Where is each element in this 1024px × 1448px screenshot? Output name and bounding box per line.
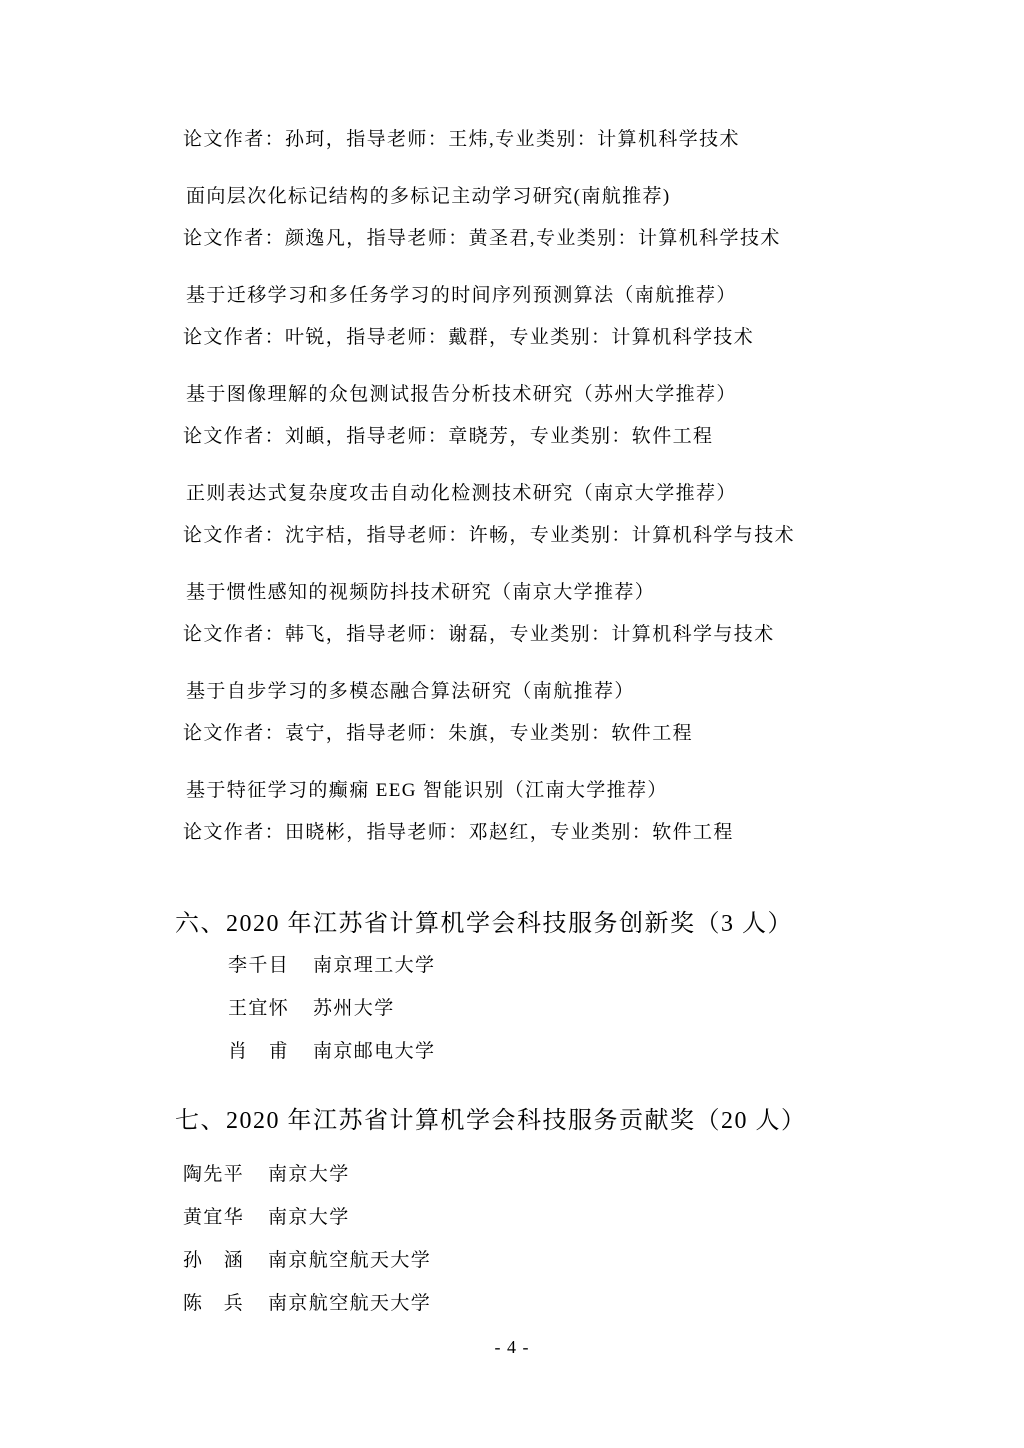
document-content: 论文作者：孙珂，指导老师：王炜,专业类别：计算机科学技术 面向层次化标记结构的多… — [183, 0, 903, 1313]
author-line: 论文作者：袁宁，指导老师：朱旗，专业类别：软件工程 — [183, 724, 903, 743]
page-number: - 4 - — [0, 1338, 1024, 1356]
member-row: 肖 甫南京邮电大学 — [228, 1042, 903, 1061]
member-list: 李千目南京理工大学 王宜怀苏州大学 肖 甫南京邮电大学 — [183, 956, 903, 1061]
thesis-title: 基于图像理解的众包测试报告分析技术研究（苏州大学推荐） — [183, 385, 903, 404]
member-affiliation: 南京航空航天大学 — [268, 1293, 431, 1314]
member-affiliation: 南京邮电大学 — [313, 1041, 435, 1062]
author-line: 论文作者：刘頔，指导老师：章晓芳，专业类别：软件工程 — [183, 427, 903, 446]
member-affiliation: 苏州大学 — [313, 998, 395, 1019]
member-row: 孙 涵南京航空航天大学 — [183, 1251, 903, 1270]
member-name: 肖 甫 — [228, 1042, 313, 1061]
member-row: 陈 兵南京航空航天大学 — [183, 1294, 903, 1313]
author-line: 论文作者：叶锐，指导老师：戴群，专业类别：计算机科学技术 — [183, 328, 903, 347]
thesis-entry: 基于自步学习的多模态融合算法研究（南航推荐） 论文作者：袁宁，指导老师：朱旗，专… — [183, 682, 903, 743]
thesis-title: 基于特征学习的癫痫 EEG 智能识别（江南大学推荐） — [183, 781, 903, 800]
member-name: 陈 兵 — [183, 1294, 268, 1313]
section-heading: 六、2020 年江苏省计算机学会科技服务创新奖（3 人） — [175, 912, 903, 936]
thesis-entry: 基于迁移学习和多任务学习的时间序列预测算法（南航推荐） 论文作者：叶锐，指导老师… — [183, 286, 903, 347]
thesis-entry: 面向层次化标记结构的多标记主动学习研究(南航推荐) 论文作者：颜逸凡，指导老师：… — [183, 187, 903, 248]
member-affiliation: 南京大学 — [268, 1207, 350, 1228]
thesis-title: 基于自步学习的多模态融合算法研究（南航推荐） — [183, 682, 903, 701]
member-row: 李千目南京理工大学 — [228, 956, 903, 975]
thesis-title: 基于迁移学习和多任务学习的时间序列预测算法（南航推荐） — [183, 286, 903, 305]
section-heading: 七、2020 年江苏省计算机学会科技服务贡献奖（20 人） — [175, 1109, 903, 1133]
member-name: 王宜怀 — [228, 999, 313, 1018]
member-row: 黄宜华南京大学 — [183, 1208, 903, 1227]
thesis-entry: 正则表达式复杂度攻击自动化检测技术研究（南京大学推荐） 论文作者：沈宇桔，指导老… — [183, 484, 903, 545]
thesis-title: 正则表达式复杂度攻击自动化检测技术研究（南京大学推荐） — [183, 484, 903, 503]
member-name: 陶先平 — [183, 1165, 268, 1184]
thesis-title: 基于惯性感知的视频防抖技术研究（南京大学推荐） — [183, 583, 903, 602]
thesis-entry: 基于特征学习的癫痫 EEG 智能识别（江南大学推荐） 论文作者：田晓彬，指导老师… — [183, 781, 903, 842]
member-row: 王宜怀苏州大学 — [228, 999, 903, 1018]
member-affiliation: 南京航空航天大学 — [268, 1250, 431, 1271]
author-line: 论文作者：颜逸凡，指导老师：黄圣君,专业类别：计算机科学技术 — [183, 229, 903, 248]
document-page: 论文作者：孙珂，指导老师：王炜,专业类别：计算机科学技术 面向层次化标记结构的多… — [0, 0, 1024, 1448]
member-name: 孙 涵 — [183, 1251, 268, 1270]
thesis-title: 面向层次化标记结构的多标记主动学习研究(南航推荐) — [183, 187, 903, 206]
member-name: 黄宜华 — [183, 1208, 268, 1227]
thesis-entry: 基于图像理解的众包测试报告分析技术研究（苏州大学推荐） 论文作者：刘頔，指导老师… — [183, 385, 903, 446]
author-line: 论文作者：田晓彬，指导老师：邓赵红，专业类别：软件工程 — [183, 823, 903, 842]
member-list: 陶先平南京大学 黄宜华南京大学 孙 涵南京航空航天大学 陈 兵南京航空航天大学 — [183, 1165, 903, 1313]
author-line: 论文作者：韩飞，指导老师：谢磊，专业类别：计算机科学与技术 — [183, 625, 903, 644]
member-affiliation: 南京大学 — [268, 1164, 350, 1185]
member-row: 陶先平南京大学 — [183, 1165, 903, 1184]
award-section-contribution: 七、2020 年江苏省计算机学会科技服务贡献奖（20 人） 陶先平南京大学 黄宜… — [183, 1109, 903, 1313]
member-name: 李千目 — [228, 956, 313, 975]
author-line: 论文作者：沈宇桔，指导老师：许畅，专业类别：计算机科学与技术 — [183, 526, 903, 545]
thesis-entry: 基于惯性感知的视频防抖技术研究（南京大学推荐） 论文作者：韩飞，指导老师：谢磊，… — [183, 583, 903, 644]
author-line: 论文作者：孙珂，指导老师：王炜,专业类别：计算机科学技术 — [183, 130, 903, 149]
award-section-innovation: 六、2020 年江苏省计算机学会科技服务创新奖（3 人） 李千目南京理工大学 王… — [183, 912, 903, 1061]
member-affiliation: 南京理工大学 — [313, 955, 435, 976]
